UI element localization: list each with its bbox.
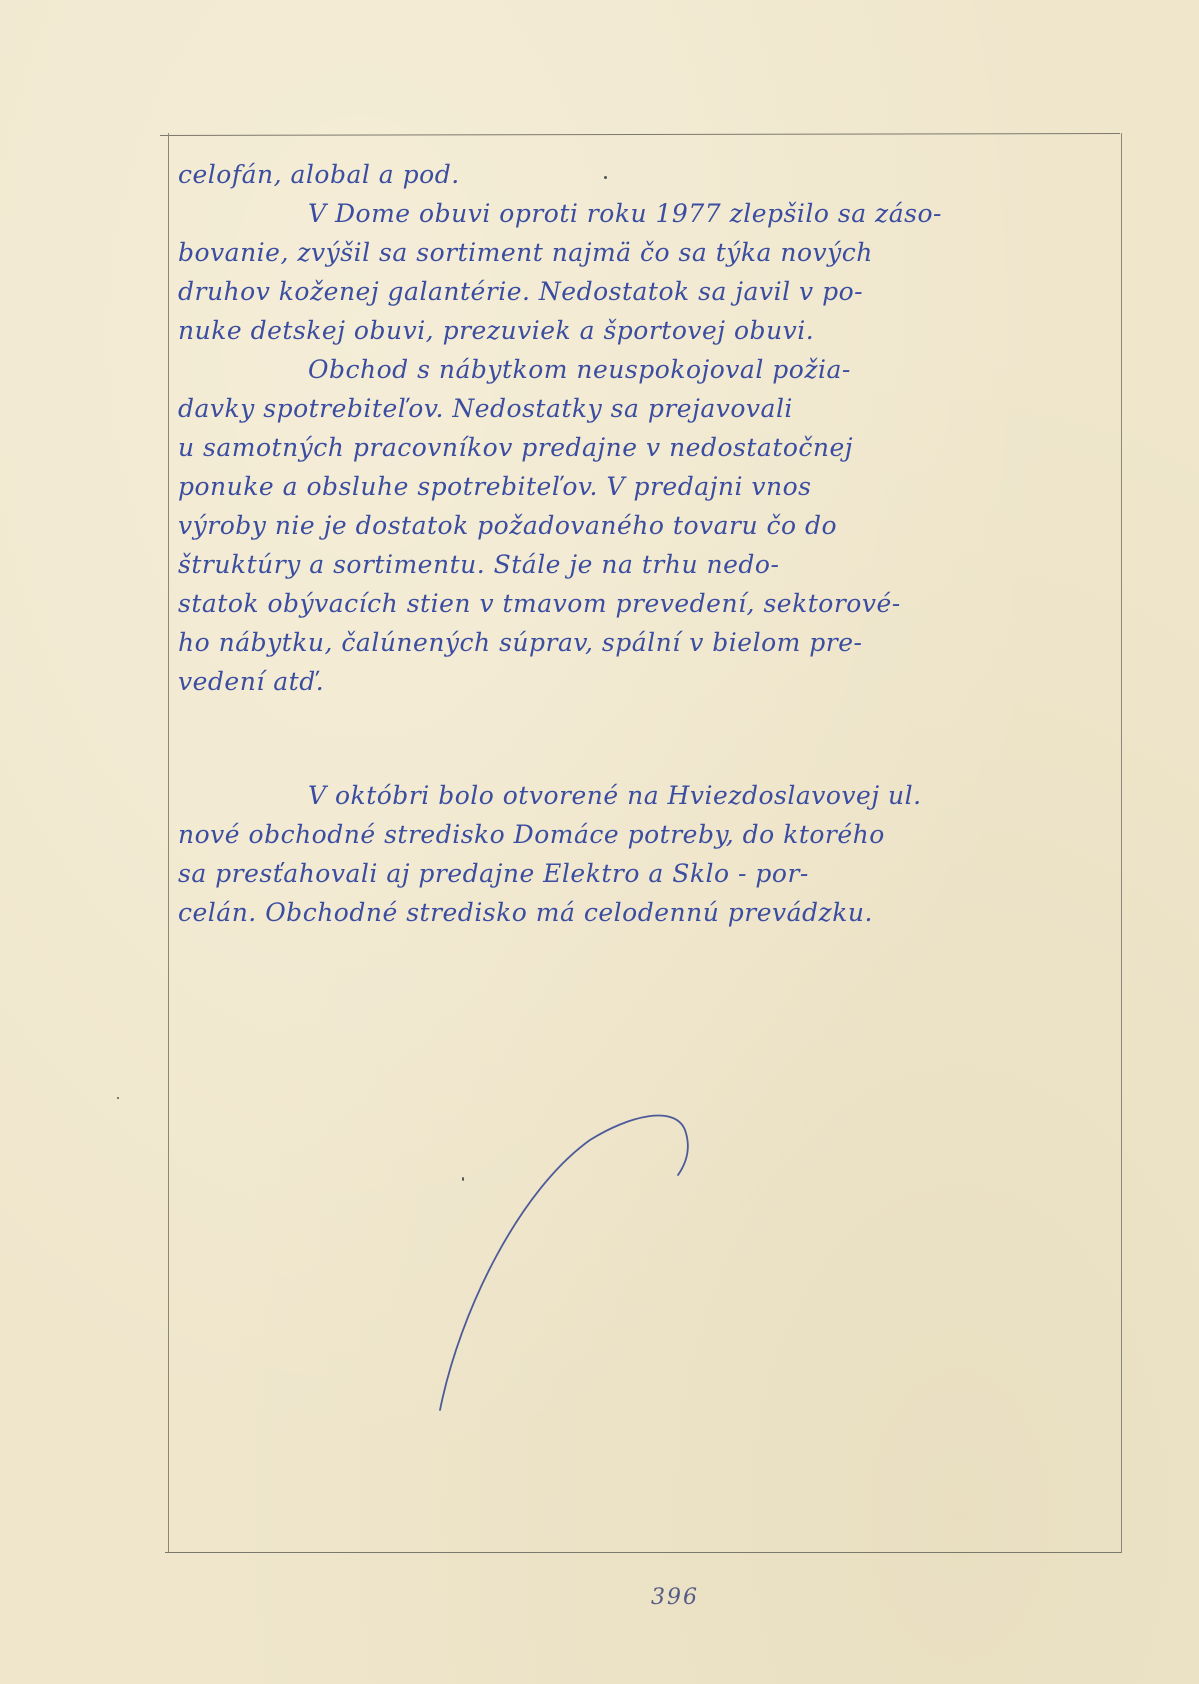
text-line: bovanie, zvýšil sa sortiment najmä čo sa… (178, 233, 1108, 272)
text-line: vedení atď. (178, 662, 1108, 701)
text-line: Obchod s nábytkom neuspokojoval požia- (178, 350, 1108, 389)
text-line: V Dome obuvi oproti roku 1977 zlepšilo s… (178, 194, 1108, 233)
text-line: V októbri bolo otvorené na Hviezdoslavov… (178, 776, 1108, 815)
ink-speck (117, 1097, 119, 1099)
text-line: nové obchodné stredisko Domáce potreby, … (178, 815, 1108, 854)
text-line: celán. Obchodné stredisko má celodennú p… (178, 893, 1108, 932)
paragraph-gap (178, 701, 1108, 776)
frame-bottom-rule (165, 1552, 1121, 1553)
text-line: statok obývacích stien v tmavom preveden… (178, 584, 1108, 623)
text-line: u samotných pracovníkov predajne v nedos… (178, 428, 1108, 467)
text-line: sa presťahovali aj predajne Elektro a Sk… (178, 854, 1108, 893)
text-line: ponuke a obsluhe spotrebiteľov. V predaj… (178, 467, 1108, 506)
text-line: výroby nie je dostatok požadovaného tova… (178, 506, 1108, 545)
text-line: nuke detskej obuvi, prezuviek a športove… (178, 311, 1108, 350)
text-line: celofán, alobal a pod. (178, 155, 1108, 194)
handwritten-text: celofán, alobal a pod. V Dome obuvi opro… (178, 155, 1108, 932)
ink-speck (604, 176, 607, 179)
page-number: 396 (651, 1585, 699, 1610)
text-line: ho nábytku, čalúnených súprav, spální v … (178, 623, 1108, 662)
text-line: štruktúry a sortimentu. Stále je na trhu… (178, 545, 1108, 584)
text-line: druhov koženej galantérie. Nedostatok sa… (178, 272, 1108, 311)
end-flourish-curve (430, 1110, 700, 1430)
ink-speck (462, 1177, 464, 1181)
text-line: davky spotrebiteľov. Nedostatky sa preja… (178, 389, 1108, 428)
